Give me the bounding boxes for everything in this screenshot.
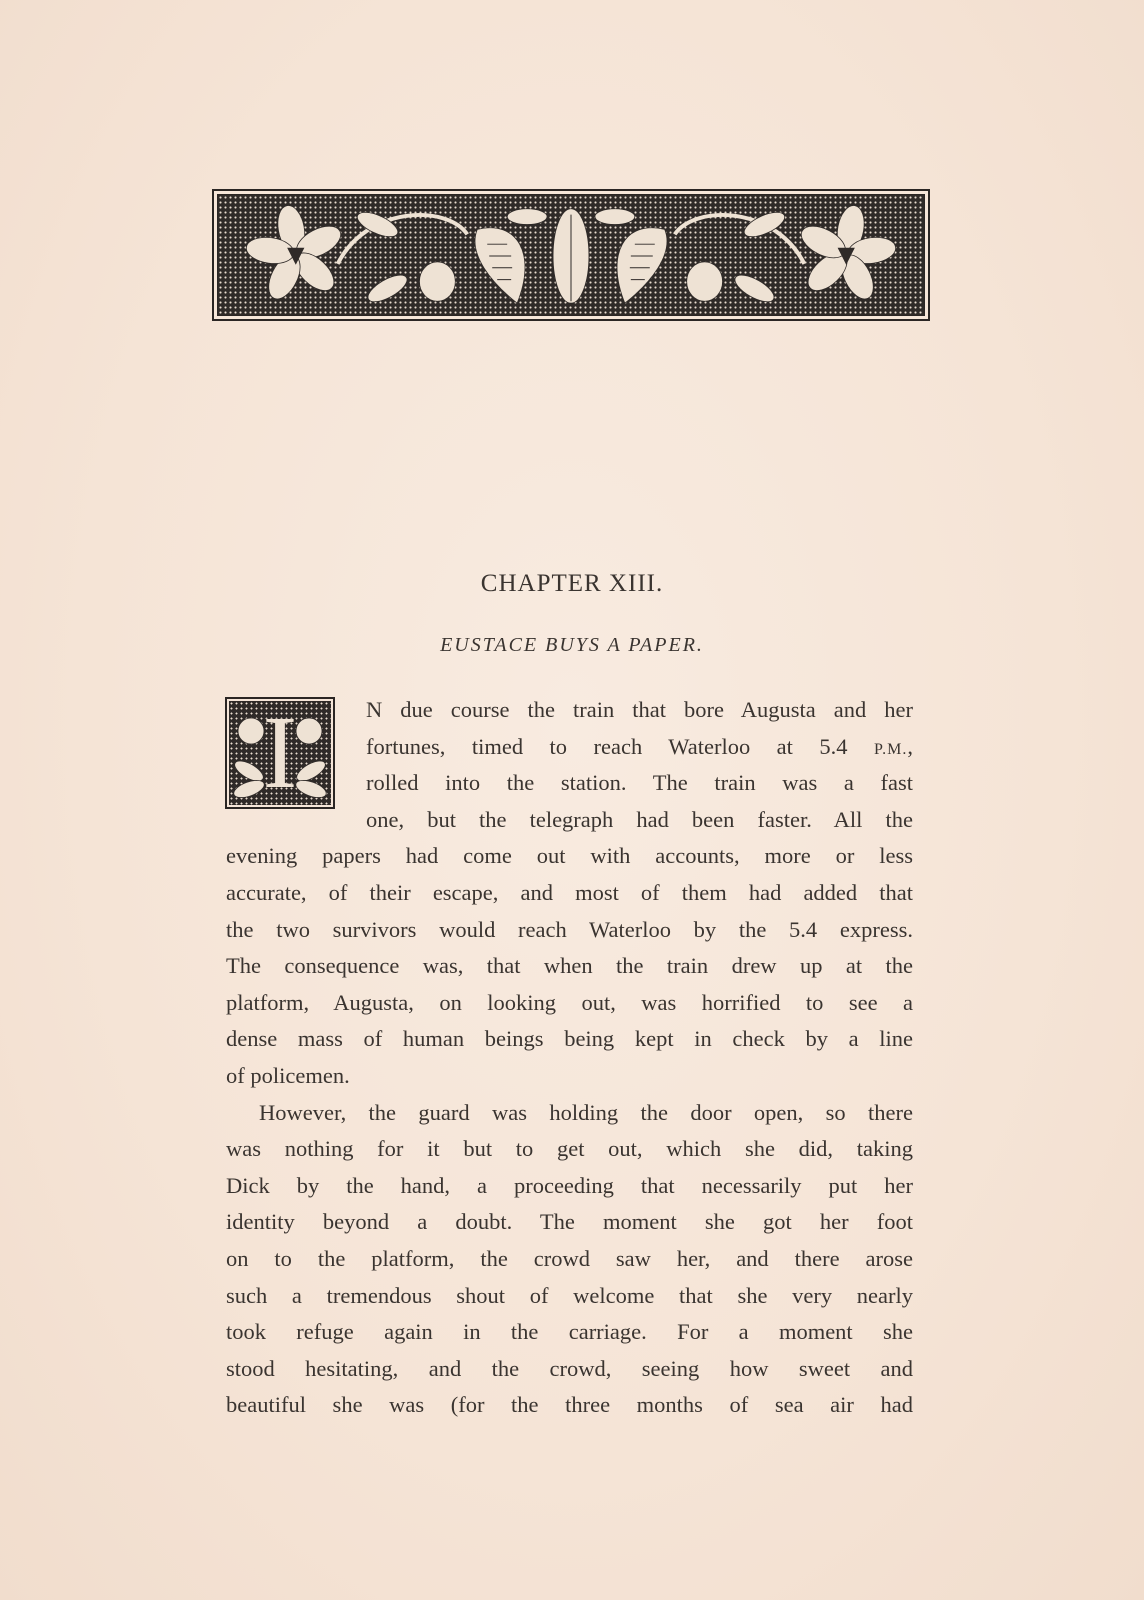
small-caps-time: P.M. [874,741,907,758]
text-line: Dick by the hand, a proceeding that nece… [226,1168,913,1205]
text-line: fortunes, timed to reach Waterloo at 5.4… [366,729,913,766]
text-line: evening papers had come out with account… [226,838,913,875]
text-line: on to the platform, the crowd saw her, a… [226,1241,913,1278]
text-line: was nothing for it but to get out, which… [226,1131,913,1168]
text-line: beautiful she was (for the three months … [226,1387,913,1424]
text-line: the two survivors would reach Waterloo b… [226,912,913,949]
text-line: one, but the telegraph had been faster. … [366,802,913,839]
floral-ornament-icon [218,195,924,315]
book-page: CHAPTER XIII. EUSTACE BUYS A PAPER. I N … [0,0,1144,1600]
text-line: dense mass of human beings being kept in… [226,1021,913,1058]
chapter-subtitle: EUSTACE BUYS A PAPER. [0,634,1144,657]
text-line: N due course the train that bore Augusta… [366,692,913,729]
text-line: of policemen. [226,1058,913,1095]
text-line: identity beyond a doubt. The moment she … [226,1204,913,1241]
text-line: The consequence was, that when the train… [226,948,913,985]
text-line: stood hesitating, and the crowd, seeing … [226,1351,913,1388]
text-line: accurate, of their escape, and most of t… [226,875,913,912]
floral-headpiece-icon [212,189,930,321]
text-line: rolled into the station. The train was a… [366,765,913,802]
text-line: such a tremendous shout of welcome that … [226,1278,913,1315]
text-line: took refuge again in the carriage. For a… [226,1314,913,1351]
chapter-title: CHAPTER XIII. [0,570,1144,598]
chapter-body: N due course the train that bore Augusta… [226,692,913,1424]
text-line: However, the guard was holding the door … [226,1095,913,1132]
text-line: platform, Augusta, on looking out, was h… [226,985,913,1022]
